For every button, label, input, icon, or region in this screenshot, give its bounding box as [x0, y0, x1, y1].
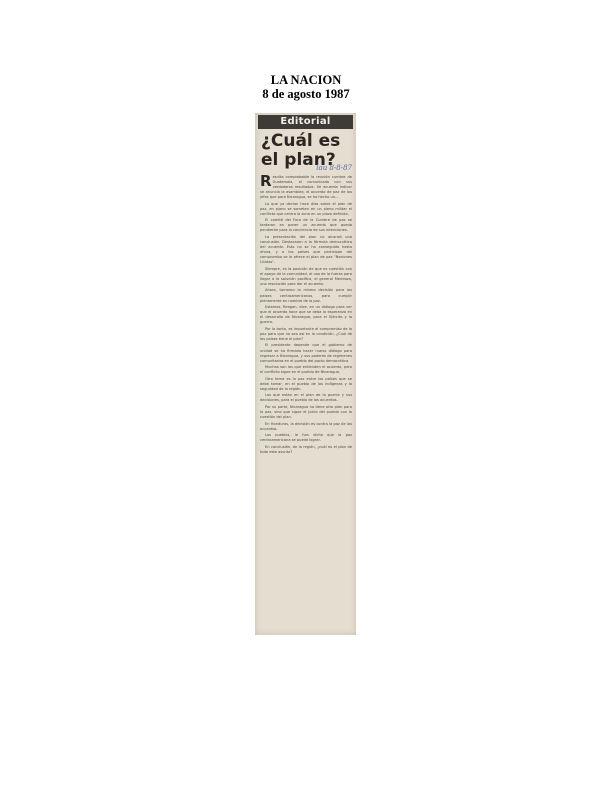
paragraph: Estamos, Reagan, dice, en un diálogo par… [260, 305, 352, 325]
newspaper-clipping: Editorial ¿Cuál es el plan? lau 8-8-87 R… [255, 113, 356, 635]
paragraph: Por lo tanto, es importante el compromis… [260, 327, 352, 342]
paragraph: Resulta comprobable la reunión cumbre de… [260, 175, 352, 200]
paragraph: En Honduras, la decisión es contra la pa… [260, 422, 352, 432]
paragraph: Los pueblos, le han dicho que la paz cen… [260, 433, 352, 443]
paragraph: El presidente depende que el gobierno de… [260, 343, 352, 363]
publication-name: LA NACION [0, 73, 612, 87]
paragraph: Por su parte, Nicaragua no tiene otro pl… [260, 405, 352, 420]
paragraph: En conclusión, de la región, ¿cuál es el… [260, 445, 352, 455]
paragraph: Lo que ya decían hace días sobre el plan… [260, 202, 352, 217]
section-tag: Editorial [258, 115, 353, 129]
paragraph: Siempre, es la posición de que es cuesti… [260, 267, 352, 287]
paragraph: Muchos son los que entienden el acuerdo,… [260, 365, 352, 375]
article-body: Resulta comprobable la reunión cumbre de… [255, 172, 356, 455]
paragraph: Los que están en el plan de la guerra y … [260, 393, 352, 403]
paragraph: Otro tema es la paz entre los países que… [260, 377, 352, 392]
publication-date: 8 de agosto 1987 [0, 87, 612, 101]
paragraph: El comité del Foro de la Cumbre de paz s… [260, 218, 352, 233]
paragraph: La presentación del plan no alcanzó una … [260, 235, 352, 265]
drop-cap: R [260, 175, 272, 188]
paragraph: Ahora, tomaron la misma decisión para lo… [260, 288, 352, 303]
